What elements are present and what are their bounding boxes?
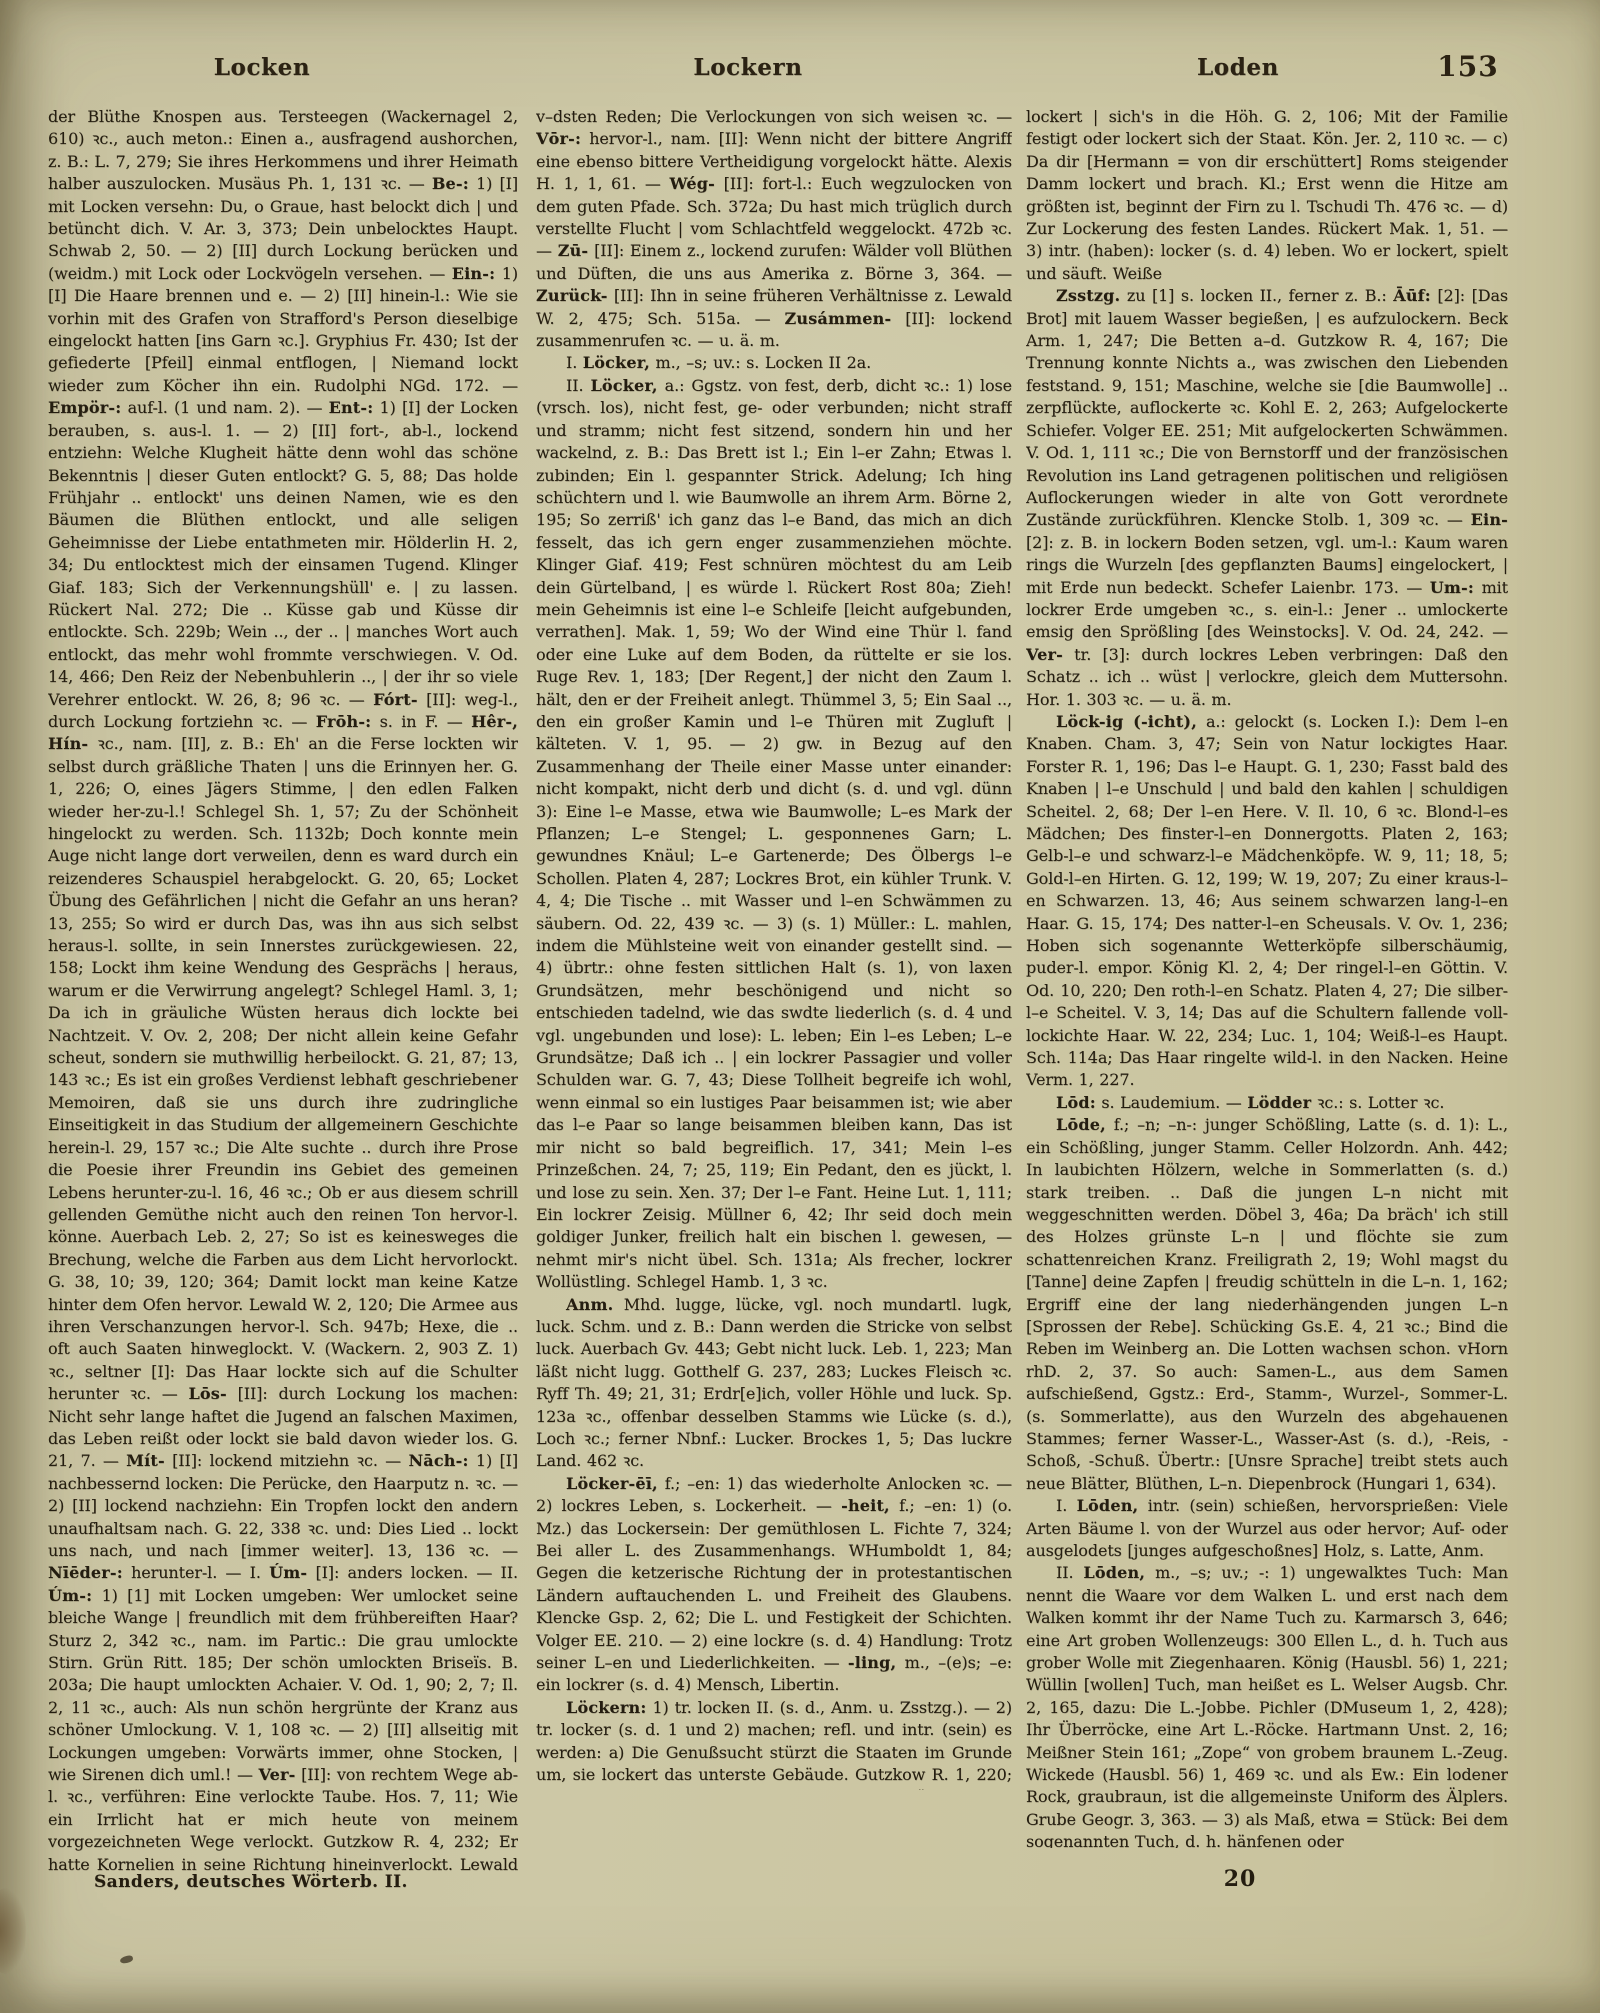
entry-headword: Fórt- bbox=[373, 690, 418, 709]
entry-headword: Ein-: bbox=[452, 264, 495, 283]
dictionary-paragraph: Zsstzg. zu [1] s. locken II., ferner z. … bbox=[1026, 285, 1508, 711]
dictionary-paragraph: Löcker-ēī, f.; –en: 1) das wiederholte A… bbox=[536, 1473, 1012, 1697]
running-head-loden: Loden bbox=[1197, 54, 1279, 81]
entry-headword: Mít- bbox=[126, 1451, 165, 1470]
entry-headword: Löcker, bbox=[590, 376, 657, 395]
sheet-signature: 20 bbox=[1185, 1866, 1295, 1892]
text-column-3: lockert | sich's in die Höh. G. 2, 106; … bbox=[1026, 106, 1508, 1848]
entry-headword: Lōd: bbox=[1056, 1093, 1096, 1112]
entry-headword: Löckern: bbox=[566, 1698, 647, 1717]
running-head-locken: Locken bbox=[214, 54, 310, 81]
dictionary-paragraph: Anm. Mhd. lugge, lücke, vgl. noch mundar… bbox=[536, 1294, 1012, 1473]
entry-headword: Um-: bbox=[1430, 578, 1474, 597]
entry-headword: Lödder bbox=[1247, 1093, 1311, 1112]
entry-headword: Lōde, bbox=[1056, 1115, 1106, 1134]
dictionary-paragraph: Löckern: 1) tr. locken II. (s. d., Anm. … bbox=[536, 1697, 1012, 1790]
entry-headword: Úm- bbox=[269, 1563, 307, 1582]
dictionary-paragraph: der Blüthe Knospen aus. Tersteegen (Wack… bbox=[48, 106, 518, 1872]
printer-mark bbox=[119, 1955, 133, 1965]
entry-headword: Ver- bbox=[259, 1765, 296, 1784]
entry-headword: Lōs- bbox=[188, 1384, 226, 1403]
text-column-2: v–dsten Reden; Die Verlockungen von sich… bbox=[536, 106, 1012, 1790]
dictionary-paragraph: Löck-ig (-icht), a.: gelockt (s. Locken … bbox=[1026, 711, 1508, 1092]
dictionary-paragraph: II. Lōden, m., –s; uv.; -: 1) ungewalkte… bbox=[1026, 1562, 1508, 1848]
dictionary-paragraph: Lōde, f.; –n; –n-: junger Schößling, Lat… bbox=[1026, 1114, 1508, 1495]
entry-headword: Zsstzg. bbox=[1056, 286, 1120, 305]
dictionary-paragraph: II. Löcker, a.: Ggstz. von fest, derb, d… bbox=[536, 375, 1012, 1294]
entry-headword: Empör-: bbox=[48, 398, 121, 417]
dictionary-paragraph: v–dsten Reden; Die Verlockungen von sich… bbox=[536, 106, 1012, 352]
dictionary-paragraph: Lōd: s. Laudemium. — Lödder ꝛc.: s. Lott… bbox=[1026, 1092, 1508, 1114]
entry-headword: Nīēder-: bbox=[48, 1563, 123, 1582]
entry-headword: Úm-: bbox=[48, 1586, 92, 1605]
entry-headword: Ent-: bbox=[329, 398, 374, 417]
entry-headword: Löcker-ēī, bbox=[566, 1474, 658, 1493]
entry-headword: Wég- bbox=[669, 174, 714, 193]
dictionary-paragraph: I. Lōden, intr. (sein) schießen, hervors… bbox=[1026, 1495, 1508, 1562]
entry-headword: Löcker, bbox=[583, 353, 650, 372]
entry-headword: Ein- bbox=[1471, 510, 1508, 529]
entry-headword: Lōden, bbox=[1083, 1563, 1145, 1582]
entry-headword: Zurück- bbox=[536, 286, 608, 305]
imprint-line: Sanders, deutsches Wörterb. II. bbox=[94, 1872, 408, 1892]
entry-headword: Zū- bbox=[558, 241, 589, 260]
dictionary-paragraph: I. Löcker, m., –s; uv.: s. Locken II 2a. bbox=[536, 352, 1012, 374]
entry-headword: -ling, bbox=[848, 1653, 896, 1672]
entry-headword: Be-: bbox=[432, 174, 469, 193]
dictionary-paragraph: lockert | sich's in die Höh. G. 2, 106; … bbox=[1026, 106, 1508, 285]
dictionary-page-scan: Locken Lockern Loden 153 der Blüthe Knos… bbox=[0, 0, 1600, 2013]
entry-headword: Löck-ig (-icht), bbox=[1056, 712, 1197, 731]
entry-headword: Lōden, bbox=[1077, 1496, 1139, 1515]
entry-headword: Ver- bbox=[1026, 645, 1063, 664]
entry-headword: -heit, bbox=[841, 1496, 890, 1515]
entry-headword: Zusámmen- bbox=[784, 309, 891, 328]
entry-headword: Āūf: bbox=[1393, 286, 1431, 305]
text-column-1: der Blüthe Knospen aus. Tersteegen (Wack… bbox=[48, 106, 518, 1872]
entry-headword: Vōr-: bbox=[536, 129, 581, 148]
running-head-lockern: Lockern bbox=[693, 54, 802, 81]
entry-headword: Anm. bbox=[566, 1295, 613, 1314]
page-stain bbox=[0, 1888, 26, 1974]
entry-headword: Frōh-: bbox=[316, 712, 372, 731]
page-number: 153 bbox=[1428, 50, 1508, 83]
entry-headword: Nāch-: bbox=[408, 1451, 468, 1470]
